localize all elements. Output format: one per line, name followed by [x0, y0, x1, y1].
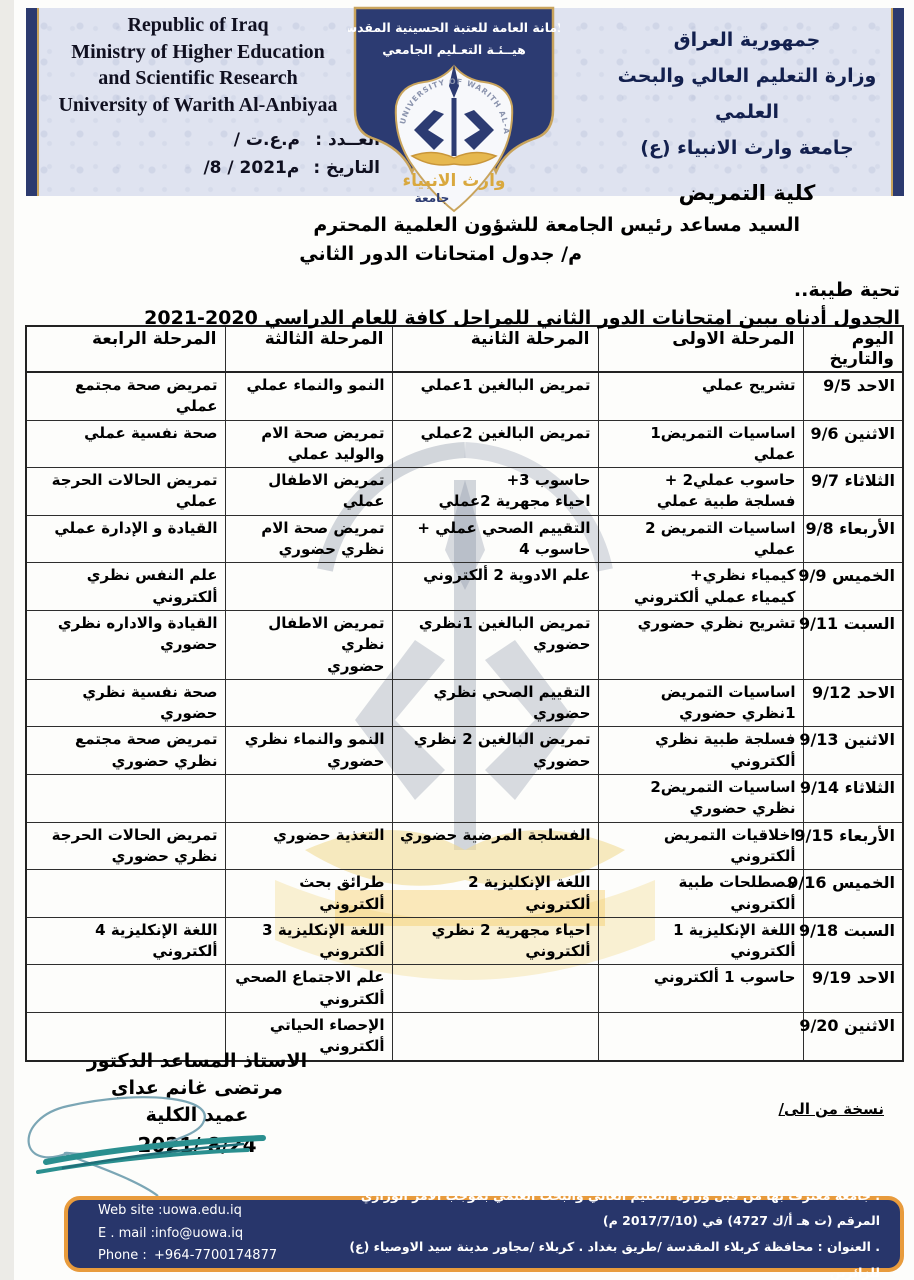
copy-distribution-note: نسخة من الى/ — [779, 1100, 884, 1118]
exam-cell: القيادة والاداره نظري حضوري — [26, 610, 225, 679]
footer-website-row: Web siteuowa.edu.iq — [98, 1200, 343, 1223]
exam-cell: الفسلجة المرضية حضوري — [392, 822, 598, 870]
exam-cell: تمريض الحالات الحرجة عملي — [26, 468, 225, 516]
letter-greeting: تحية طيبة.. — [20, 279, 900, 301]
day-date-cell: السبت 9/18 — [803, 917, 903, 965]
exam-cell: علم الادوية 2 ألكتروني — [392, 563, 598, 611]
exam-cell: تمريض البالغين 2 نظري حضوري — [392, 727, 598, 775]
table-row: الثلاثاء 9/14اساسيات التمريض2 نظري حضوري — [26, 775, 903, 823]
exam-cell: النمو والنماء عملي — [225, 372, 392, 420]
footer-bar: Web siteuowa.edu.iq E . mailinfo@uowa.iq… — [64, 1196, 904, 1272]
footer-contacts: Web siteuowa.edu.iq E . mailinfo@uowa.iq… — [68, 1200, 343, 1268]
day-date-cell: الخميس 9/9 — [803, 563, 903, 611]
exam-cell: اساسيات التمريض2 نظري حضوري — [598, 775, 803, 823]
day-date-cell: السبت 9/11 — [803, 610, 903, 679]
exam-cell: اللغة الإنكليزية 2 ألكتروني — [392, 870, 598, 918]
exam-cell: تمريض الاطفال عملي — [225, 468, 392, 516]
exam-cell: اساسيات التمريض 2 عملي — [598, 515, 803, 563]
ministry-english-block: Republic of Iraq Ministry of Higher Educ… — [44, 12, 352, 118]
exam-cell: تمريض البالغين 1عملي — [392, 372, 598, 420]
exam-cell: تمريض البالغين 2عملي — [392, 420, 598, 468]
letter-intro-text: الجدول أدناه يبين امتحانات الدور الثاني … — [264, 307, 900, 329]
exam-cell — [26, 775, 225, 823]
exam-cell: علم النفس نظري ألكتروني — [26, 563, 225, 611]
table-row: الخميس 9/16مصطلحات طبية ألكترونياللغة ال… — [26, 870, 903, 918]
footer-arabic-text: . جامعة معترف بها من قبل وزارة التعليم ا… — [343, 1183, 900, 1280]
day-date-cell: الخميس 9/16 — [803, 870, 903, 918]
signature-title: الاستاذ المساعد الدكتور — [42, 1048, 352, 1075]
document-date-row: التاريخ : /8 / 2021م — [150, 154, 380, 182]
date-value: /8 / 2021م — [203, 154, 299, 182]
exam-cell: تمريض صحة مجتمع عملي — [26, 372, 225, 420]
exam-cell: حاسوب 3+ احياء مجهرية 2عملي — [392, 468, 598, 516]
exam-cell: اساسيات التمريض 1نظري حضوري — [598, 679, 803, 727]
college-name: كلية التمريض — [614, 174, 880, 214]
col-header-stage3: المرحلة الثالثة — [225, 326, 392, 372]
exam-cell: علم الاجتماع الصحي ألكتروني — [225, 965, 392, 1013]
exam-cell: تمريض الاطفال نظري حضوري — [225, 610, 392, 679]
exam-schedule-table: اليوم والتاريخ المرحلة الاولى المرحلة ال… — [25, 325, 904, 1062]
email-label: E . mail — [98, 1223, 155, 1246]
exam-cell: حاسوب 1 ألكتروني — [598, 965, 803, 1013]
logo-top-line2: هيــئـة التعـليم الجامعي — [382, 42, 526, 57]
email-value: info@uowa.iq — [155, 1226, 243, 1241]
exam-cell: تمريض البالغين 1نظري حضوري — [392, 610, 598, 679]
exam-cell: احياء مجهرية 2 نظري ألكتروني — [392, 917, 598, 965]
document-number-row: العــدد : م.ع.ت / — [150, 126, 380, 154]
exam-cell: اساسيات التمريض1 عملي — [598, 420, 803, 468]
exam-cell: تشريح نظري حضوري — [598, 610, 803, 679]
table-row: الخميس 9/9كيمياء نظري+ كيمياء عملي ألكتر… — [26, 563, 903, 611]
table-row: الأربعاء 9/15اخلاقيات التمريض ألكترونيال… — [26, 822, 903, 870]
exam-cell: حاسوب عملي2 + فسلجة طبية عملي — [598, 468, 803, 516]
english-line: University of Warith Al-Anbiyaa — [44, 92, 352, 119]
table-row: الاثنين 9/6اساسيات التمريض1 عمليتمريض ال… — [26, 420, 903, 468]
arabic-line: جمهورية العراق — [614, 22, 880, 58]
exam-schedule-table-wrap: اليوم والتاريخ المرحلة الاولى المرحلة ال… — [25, 325, 903, 1062]
website-label: Web site — [98, 1200, 162, 1223]
letter-body: السيد مساعد رئيس الجامعة للشؤون العلمية … — [20, 214, 900, 329]
arabic-line: جامعة وارث الانبياء (ع) — [614, 130, 880, 166]
exam-cell — [225, 679, 392, 727]
number-value: م.ع.ت / — [234, 126, 300, 154]
signature-block: الاستاذ المساعد الدكتور مرتضى غانم عداي … — [42, 1048, 352, 1159]
logo-calligraphy2: جامعة — [415, 191, 450, 205]
day-date-cell: الأربعاء 9/15 — [803, 822, 903, 870]
exam-cell: تمريض الحالات الحرجة نظري حضوري — [26, 822, 225, 870]
footer-address-line: . العنوان : محافظة كربلاء المقدسة /طريق … — [349, 1234, 880, 1280]
table-header-row: اليوم والتاريخ المرحلة الاولى المرحلة ال… — [26, 326, 903, 372]
document-page: Republic of Iraq Ministry of Higher Educ… — [0, 0, 914, 1280]
footer-accreditation-line: . جامعة معترف بها من قبل وزارة التعليم ا… — [349, 1183, 880, 1234]
signature-date: 2021/ 8/24 — [42, 1131, 352, 1159]
scan-edge — [0, 0, 14, 1280]
exam-cell — [392, 1013, 598, 1061]
exam-cell — [392, 965, 598, 1013]
exam-cell: صحة نفسية نظري حضوري — [26, 679, 225, 727]
day-date-cell: الاثنين 9/6 — [803, 420, 903, 468]
phone-label: Phone — [98, 1245, 154, 1268]
table-row: الاثنين 9/13فسلجة طبية نظري ألكترونيتمري… — [26, 727, 903, 775]
exam-cell: اللغة الإنكليزية 3 ألكتروني — [225, 917, 392, 965]
phone-value: +964-7700174877 — [154, 1248, 277, 1263]
exam-cell: تمريض صحة الام والوليد عملي — [225, 420, 392, 468]
exam-cell: تمريض صحة مجتمع نظري حضوري — [26, 727, 225, 775]
ministry-arabic-block: جمهورية العراق وزارة التعليم العالي والب… — [614, 22, 880, 214]
university-logo-shield-icon: الامانة العامة للعتبة الحسينية المقدسة ه… — [348, 6, 560, 218]
university-logo: الامانة العامة للعتبة الحسينية المقدسة ه… — [348, 6, 560, 218]
table-row: السبت 9/18اللغة الإنكليزية 1 ألكترونياحي… — [26, 917, 903, 965]
day-date-cell: الثلاثاء 9/14 — [803, 775, 903, 823]
day-date-cell: الاثنين 9/20 — [803, 1013, 903, 1061]
exam-cell — [26, 965, 225, 1013]
english-line: and Scientific Research — [44, 65, 352, 92]
logo-top-line1: الامانة العامة للعتبة الحسينية المقدسة — [348, 20, 560, 35]
col-header-stage4: المرحلة الرابعة — [26, 326, 225, 372]
table-row: الأربعاء 9/8اساسيات التمريض 2 عمليالتقيي… — [26, 515, 903, 563]
letter-subject: م/ جدول امتحانات الدور الثاني — [20, 243, 582, 265]
exam-cell: فسلجة طبية نظري ألكتروني — [598, 727, 803, 775]
letter-intro: الجدول أدناه يبين امتحانات الدور الثاني … — [20, 307, 900, 329]
table-row: الاحد 9/5تشريح عمليتمريض البالغين 1عمليا… — [26, 372, 903, 420]
col-header-day: اليوم والتاريخ — [803, 326, 903, 372]
day-date-cell: الأربعاء 9/8 — [803, 515, 903, 563]
table-row: الاحد 9/19حاسوب 1 ألكترونيعلم الاجتماع ا… — [26, 965, 903, 1013]
english-line: Republic of Iraq — [44, 12, 352, 39]
exam-cell — [225, 563, 392, 611]
exam-cell: صحة نفسية عملي — [26, 420, 225, 468]
day-date-cell: الاثنين 9/13 — [803, 727, 903, 775]
website-value: uowa.edu.iq — [162, 1203, 241, 1218]
exam-cell: التغذية حضوري — [225, 822, 392, 870]
exam-cell: كيمياء نظري+ كيمياء عملي ألكتروني — [598, 563, 803, 611]
exam-cell: اللغة الإنكليزية 1 ألكتروني — [598, 917, 803, 965]
table-row: الثلاثاء 9/7حاسوب عملي2 + فسلجة طبية عمل… — [26, 468, 903, 516]
footer-email-row: E . mailinfo@uowa.iq — [98, 1223, 343, 1246]
exam-cell: طرائق بحث ألكتروني — [225, 870, 392, 918]
signature-role: عميد الكلية — [42, 1102, 352, 1129]
exam-cell: اخلاقيات التمريض ألكتروني — [598, 822, 803, 870]
table-row: الاحد 9/12اساسيات التمريض 1نظري حضوريالت… — [26, 679, 903, 727]
exam-cell — [225, 775, 392, 823]
exam-cell: تشريح عملي — [598, 372, 803, 420]
letter-intro-years: 2021-2020 — [144, 307, 258, 329]
day-date-cell: الثلاثاء 9/7 — [803, 468, 903, 516]
exam-cell: التقييم الصحي نظري حضوري — [392, 679, 598, 727]
col-header-stage1: المرحلة الاولى — [598, 326, 803, 372]
footer-phone-row: Phone+964-7700174877 — [98, 1245, 343, 1268]
exam-cell: اللغة الإنكليزية 4 ألكتروني — [26, 917, 225, 965]
number-date-block: العــدد : م.ع.ت / التاريخ : /8 / 2021م — [150, 126, 380, 182]
day-date-cell: الاحد 9/12 — [803, 679, 903, 727]
exam-cell: التقييم الصحي عملي + حاسوب 4 — [392, 515, 598, 563]
exam-cell: مصطلحات طبية ألكتروني — [598, 870, 803, 918]
exam-cell — [598, 1013, 803, 1061]
exam-cell — [392, 775, 598, 823]
exam-cell: النمو والنماء نظري حضوري — [225, 727, 392, 775]
logo-calligraphy: وارث الانبياء — [402, 171, 505, 191]
band-bar-right — [891, 8, 904, 196]
exam-table-body: الاحد 9/5تشريح عمليتمريض البالغين 1عمليا… — [26, 372, 903, 1061]
day-date-cell: الاحد 9/19 — [803, 965, 903, 1013]
band-bar-left — [26, 8, 39, 196]
table-row: السبت 9/11تشريح نظري حضوريتمريض البالغين… — [26, 610, 903, 679]
exam-cell: القيادة و الإدارة عملي — [26, 515, 225, 563]
arabic-line: وزارة التعليم العالي والبحث العلمي — [614, 58, 880, 130]
exam-cell — [26, 870, 225, 918]
english-line: Ministry of Higher Education — [44, 39, 352, 66]
exam-cell: تمريض صحة الام نظري حضوري — [225, 515, 392, 563]
col-header-stage2: المرحلة الثانية — [392, 326, 598, 372]
day-date-cell: الاحد 9/5 — [803, 372, 903, 420]
signature-name: مرتضى غانم عداي — [42, 1075, 352, 1102]
